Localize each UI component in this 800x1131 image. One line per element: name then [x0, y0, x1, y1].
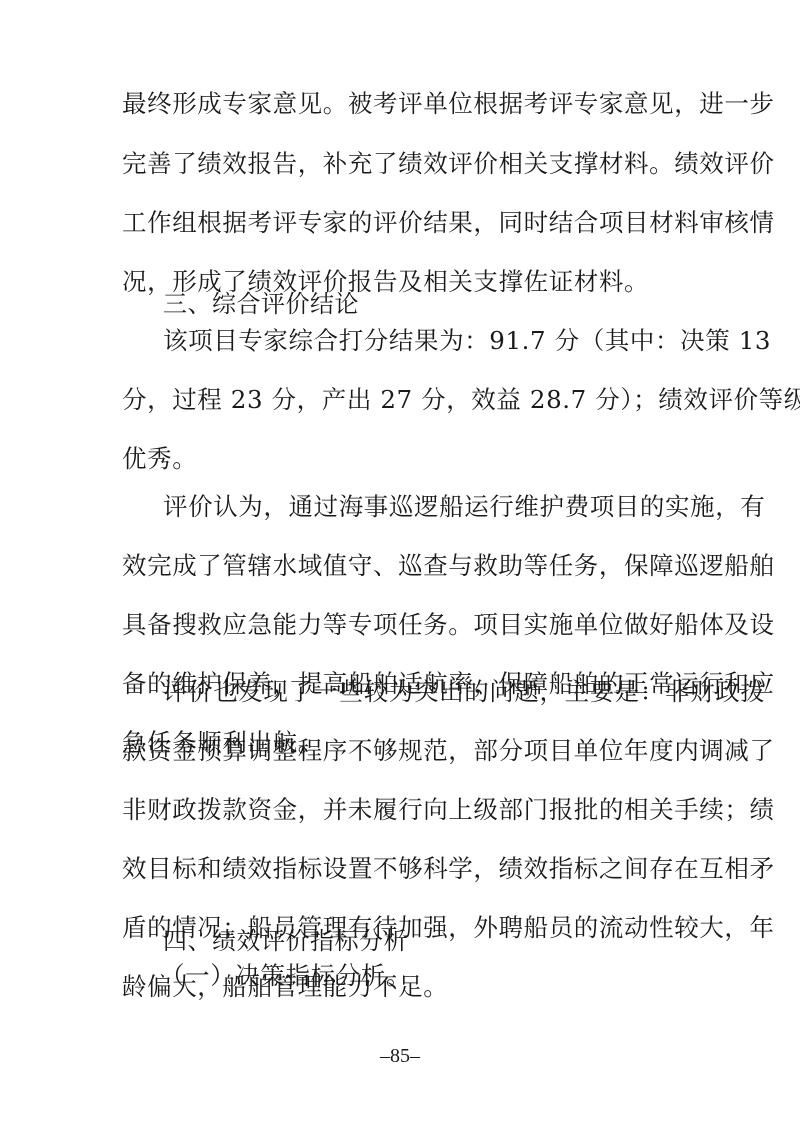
body-text-line: 效完成了管辖水域值守、巡查与救助等任务，保障巡逻船舶 — [122, 550, 682, 582]
body-text-line: 最终形成专家意见。被考评单位根据考评专家意见，进一步 — [122, 88, 682, 120]
document-page: 最终形成专家意见。被考评单位根据考评专家意见，进一步 完善了绩效报告，补充了绩效… — [0, 0, 800, 1131]
body-text-line: 具备搜救应急能力等专项任务。项目实施单位做好船体及设 — [122, 609, 682, 641]
body-text-line: 分，过程 23 分，产出 27 分，效益 28.7 分）；绩效评价等级： — [122, 384, 682, 416]
body-text-line: 效目标和绩效指标设置不够科学，绩效指标之间存在互相矛 — [122, 853, 682, 885]
body-text-line: 工作组根据考评专家的评价结果，同时结合项目材料审核情 — [122, 207, 682, 239]
body-text-line: 评价认为，通过海事巡逻船运行维护费项目的实施，有 — [163, 491, 682, 523]
body-text-line: 完善了绩效报告，补充了绩效评价相关支撑材料。绩效评价 — [122, 148, 682, 180]
body-text-line: 评价也发现了一些较为突出的问题，主要是：非财政拨 — [163, 676, 682, 708]
section-heading-conclusion: 三、综合评价结论 — [163, 288, 723, 320]
body-text-line: 该项目专家综合打分结果为：91.7 分（其中：决策 13 — [163, 325, 682, 357]
body-text-line: 优秀。 — [122, 443, 682, 475]
subsection-heading-decision: （一）决策指标分析。 — [160, 960, 720, 992]
body-text-line: 非财政拨款资金，并未履行向上级部门报批的相关手续；绩 — [122, 794, 682, 826]
body-text-line: 款资金预算调整程序不够规范，部分项目单位年度内调减了 — [122, 735, 682, 767]
section-heading-indicator-analysis: 四、绩效评价指标分析 — [163, 925, 723, 957]
page-number: –85– — [0, 1044, 800, 1068]
